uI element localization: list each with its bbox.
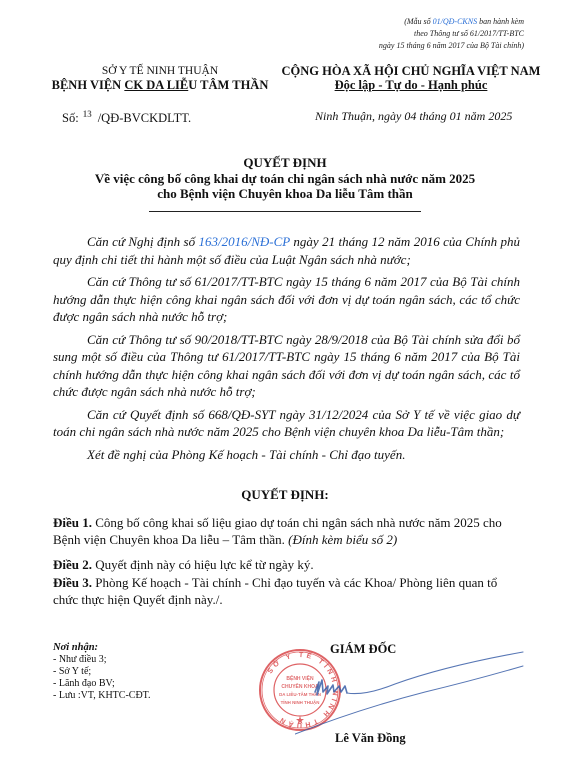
preamble-paragraph: Căn cứ Quyết định số 668/QĐ-SYT ngày 31/…	[53, 406, 520, 441]
recipient-item: - Lãnh đạo BV;	[53, 678, 151, 690]
recipients-list: Nơi nhận: - Như điều 3; - Sở Y tế; - Lãn…	[53, 642, 151, 702]
title-heading: QUYẾT ĐỊNH	[40, 155, 530, 171]
place-and-date: Ninh Thuận, ngày 04 tháng 01 năm 2025	[315, 109, 512, 124]
preamble: Căn cứ Nghị định số 163/2016/NĐ-CP ngày …	[53, 233, 520, 468]
preamble-paragraph: Căn cứ Nghị định số 163/2016/NĐ-CP ngày …	[53, 233, 520, 268]
organization-name: BỆNH VIỆN CK DA LIỄU TÂM THẦN	[42, 78, 278, 93]
title-subject-line-1: Về việc công bố công khai dự toán chi ng…	[40, 171, 530, 187]
issuing-organization: SỞ Y TẾ NINH THUẬN BỆNH VIỆN CK DA LIỄU …	[42, 64, 278, 93]
article-1: Điều 1. Công bố công khai số liệu giao d…	[53, 514, 520, 548]
article-3: Điều 3. Phòng Kế hoạch - Tài chính - Chỉ…	[53, 574, 520, 608]
recipient-item: - Lưu :VT, KHTC-CĐT.	[53, 690, 151, 702]
nation-name: CỘNG HÒA XÃ HỘI CHỦ NGHĨA VIỆT NAM	[280, 64, 542, 78]
preamble-paragraph: Căn cứ Thông tư số 61/2017/TT-BTC ngày 1…	[53, 273, 520, 326]
signer-name: Lê Văn Đồng	[335, 731, 406, 746]
recipients-heading: Nơi nhận:	[53, 642, 151, 654]
preamble-paragraph: Xét đề nghị của Phòng Kế hoạch - Tài chí…	[53, 446, 520, 464]
title-subject-line-2: cho Bệnh viện Chuyên khoa Da liễu Tâm th…	[40, 186, 530, 202]
national-motto: Độc lập - Tự do - Hạnh phúc	[280, 78, 542, 93]
decision-heading: QUYẾT ĐỊNH:	[40, 487, 530, 503]
document-title: QUYẾT ĐỊNH Về việc công bố công khai dự …	[40, 155, 530, 212]
recipient-item: - Như điều 3;	[53, 654, 151, 666]
decree-link[interactable]: 163/2016/NĐ-CP	[199, 234, 291, 249]
parent-organization: SỞ Y TẾ NINH THUẬN	[42, 64, 278, 78]
signature	[295, 650, 525, 740]
document-number: Số:13/QĐ-BVCKDLTT.	[62, 109, 191, 126]
form-template-note: (Mẫu số 01/QĐ-CKNS ban hành kèm theo Thô…	[314, 16, 524, 52]
title-divider	[149, 204, 421, 212]
preamble-paragraph: Căn cứ Thông tư số 90/2018/TT-BTC ngày 2…	[53, 331, 520, 401]
document-number-value: 13	[83, 109, 92, 119]
recipient-item: - Sở Y tế;	[53, 666, 151, 678]
form-code-link[interactable]: 01/QĐ-CKNS	[433, 17, 477, 26]
articles: Điều 1. Công bố công khai số liệu giao d…	[53, 514, 520, 616]
article-2: Điều 2. Quyết định này có hiệu lực kể từ…	[53, 556, 520, 573]
national-header: CỘNG HÒA XÃ HỘI CHỦ NGHĨA VIỆT NAM Độc l…	[280, 64, 542, 93]
